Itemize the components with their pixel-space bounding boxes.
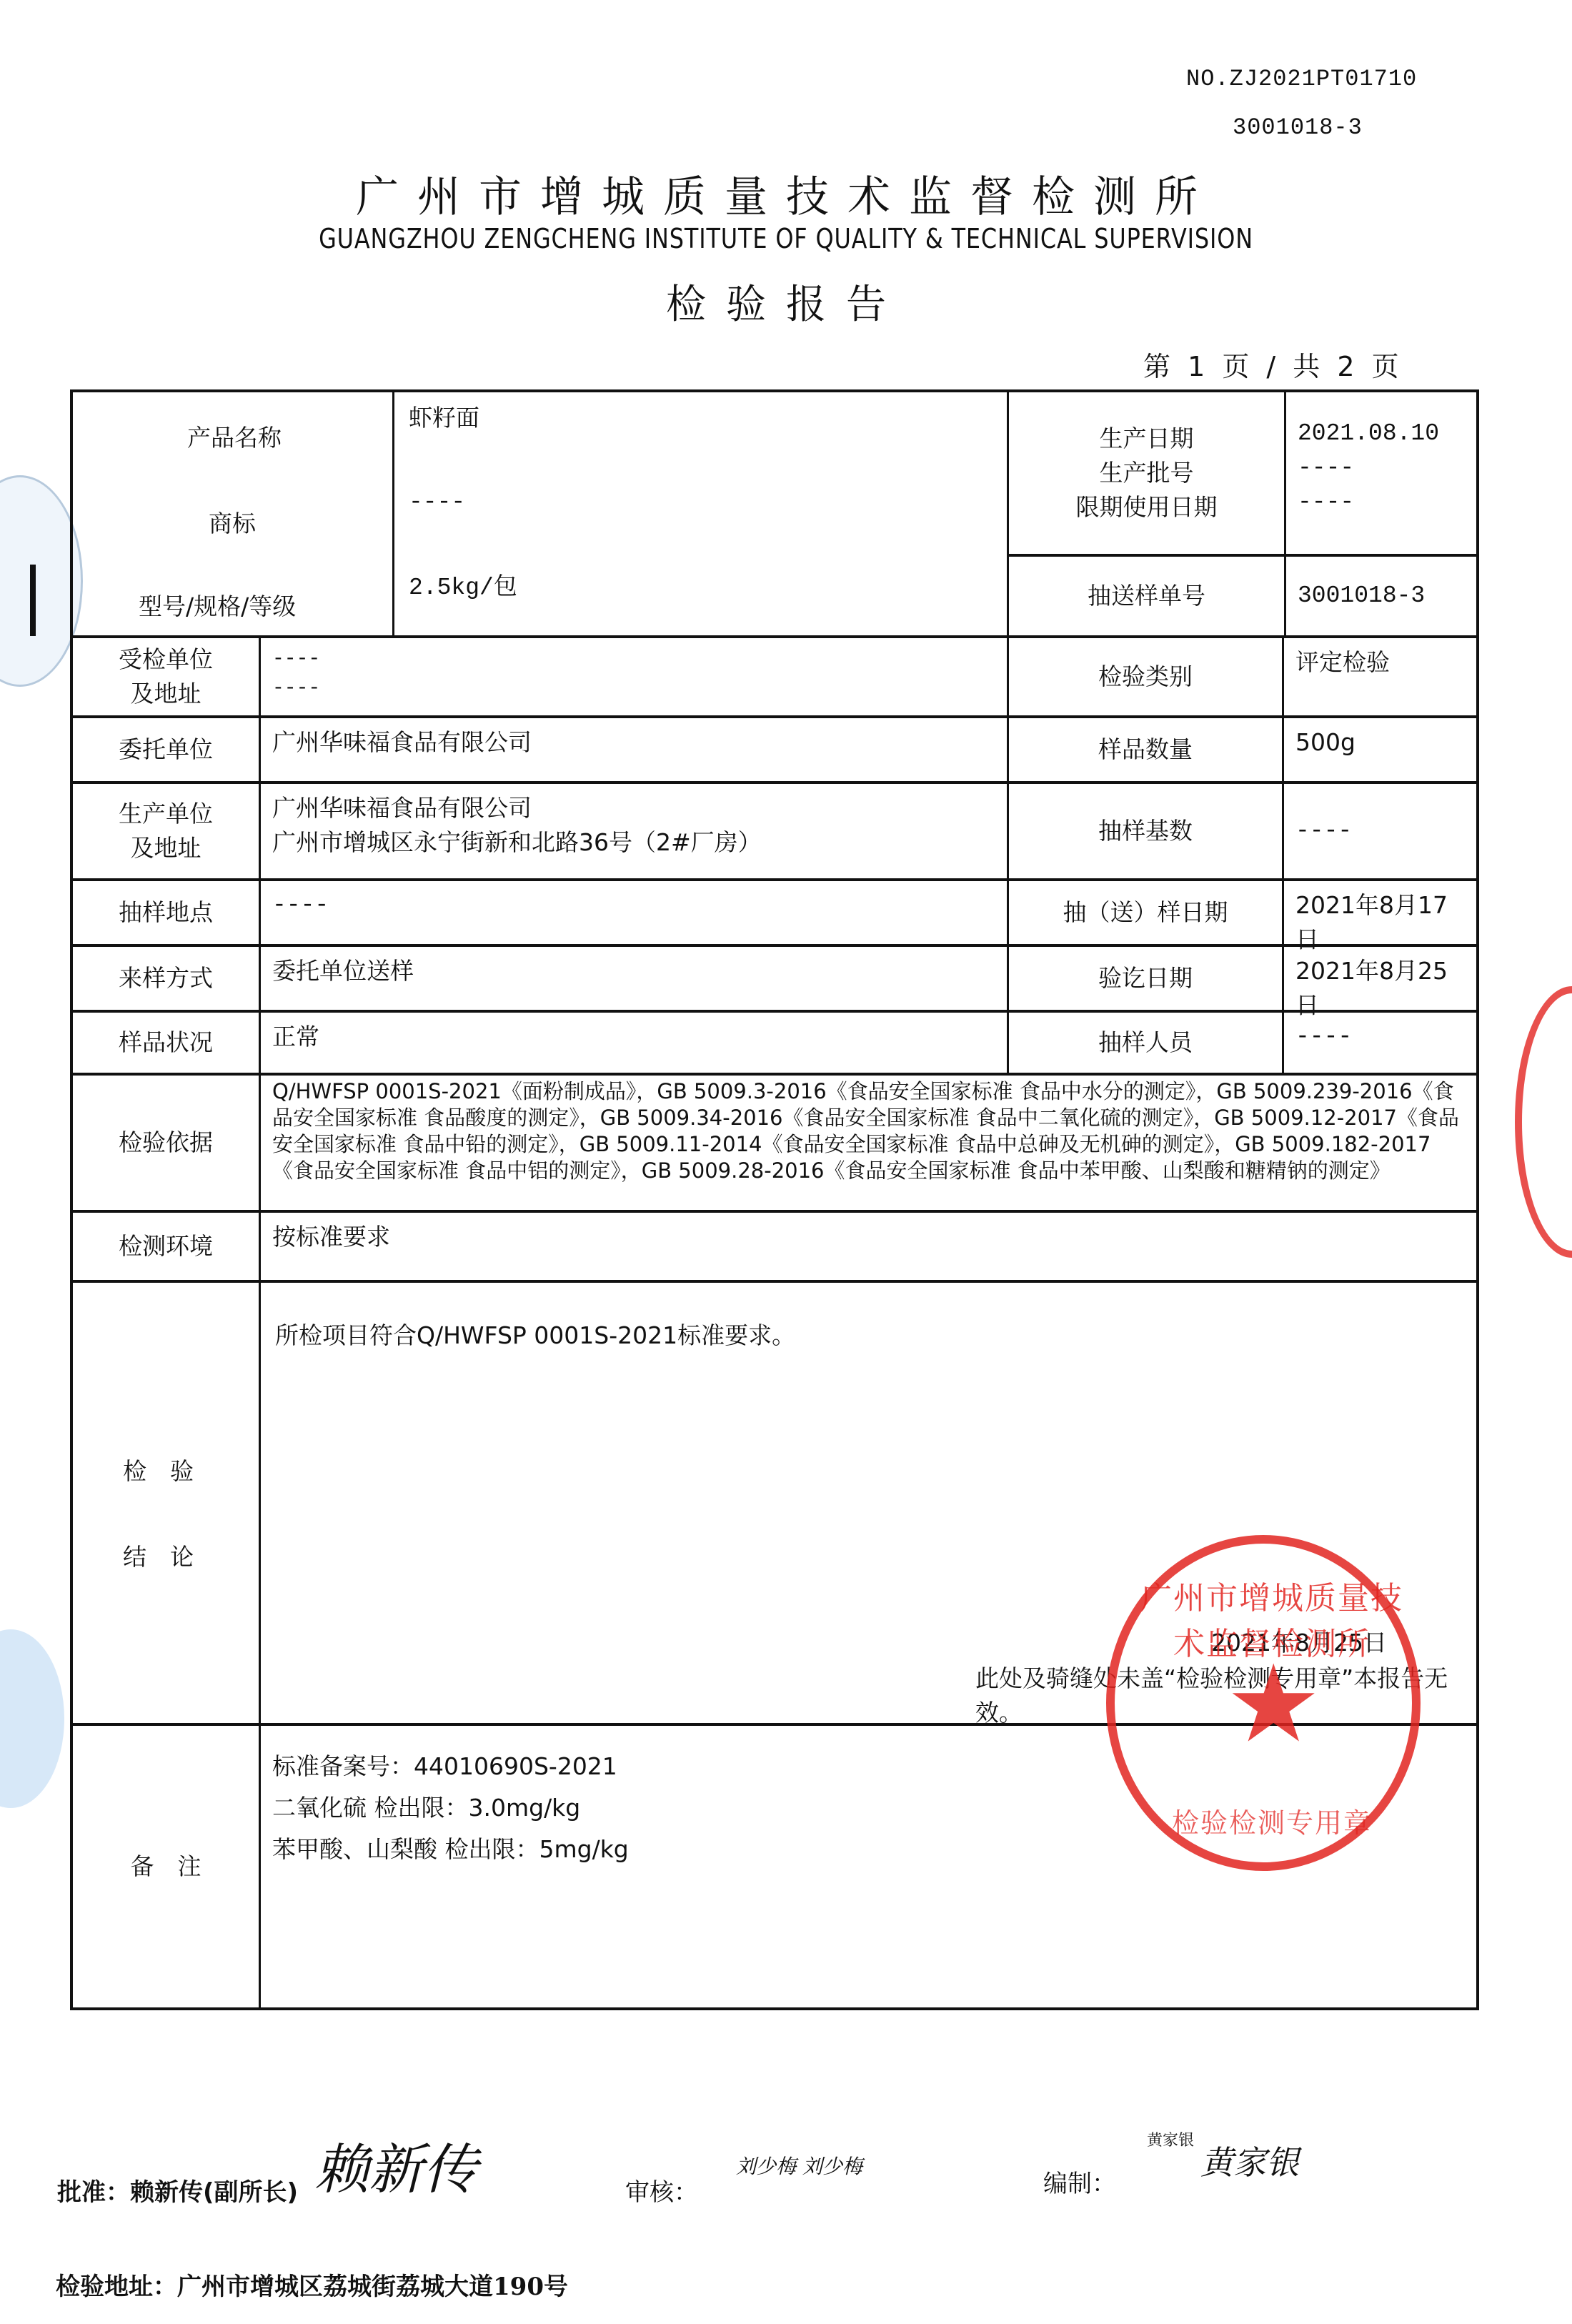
sample-number-header: 3001018-3 bbox=[1233, 114, 1363, 141]
compile-label: 编制： bbox=[1043, 2164, 1116, 2199]
basis-row: 检验依据 Q/HWFSP 0001S-2021《面粉制成品》，GB 5009.3… bbox=[73, 1073, 1476, 1210]
remarks-row: 备 注 标准备案号：44010690S-2021 二氧化硫 检出限：3.0mg/… bbox=[73, 1723, 1476, 2007]
inspection-address: 检验地址：广州市增城区荔城街荔城大道190号 bbox=[56, 2267, 568, 2302]
conclusion-value-cell: 所检项目符合Q/HWFSP 0001S-2021标准要求。 2021年8月25日… bbox=[259, 1283, 1476, 1723]
report-title: 检验报告 bbox=[0, 273, 1572, 330]
client-row: 委托单位 广州华味福食品有限公司 样品数量 500g bbox=[73, 715, 1476, 781]
product-values: 虾籽面 ---- 2.5kg/包 bbox=[392, 392, 1007, 635]
approve-label: 批准：赖新传(副所长) bbox=[57, 2172, 298, 2208]
sampling-date-value: 2021年8月17日 bbox=[1282, 881, 1476, 944]
environment-label: 检测环境 bbox=[73, 1213, 259, 1280]
remark-item: 苯甲酸、山梨酸 检出限：5mg/kg bbox=[272, 1829, 1465, 1870]
product-labels: 产品名称 商标 型号/规格/等级 bbox=[73, 392, 392, 635]
complete-date-label: 验讫日期 bbox=[1007, 947, 1282, 1010]
sample-method-row: 来样方式 委托单位送样 验讫日期 2021年8月25日 bbox=[73, 944, 1476, 1010]
conclusion-date: 2021年8月25日 bbox=[1211, 1626, 1387, 1660]
producer-label-line1: 生产单位 bbox=[119, 797, 213, 831]
edge-binding-mark bbox=[30, 565, 36, 636]
date-values-block: 2021.08.10 ---- ---- 3001018-3 bbox=[1284, 392, 1476, 635]
report-number: NO.ZJ2021PT01710 bbox=[1186, 66, 1417, 92]
edge-seal-mark-left-lower bbox=[0, 1629, 64, 1808]
institute-name-cn: 广州市增城质量技术监督检测所 bbox=[0, 163, 1572, 224]
sample-method-value: 委托单位送样 bbox=[259, 947, 1007, 1010]
prod-date-label: 生产日期 bbox=[1100, 422, 1194, 456]
review-label: 审核： bbox=[625, 2172, 698, 2208]
sampling-date-label: 抽（送）样日期 bbox=[1007, 881, 1282, 944]
remark-item: 标准备案号：44010690S-2021 bbox=[272, 1746, 1465, 1787]
client-label: 委托单位 bbox=[73, 718, 259, 781]
product-name-value: 虾籽面 bbox=[409, 401, 479, 435]
conclusion-label: 检 验 结 论 bbox=[73, 1283, 259, 1723]
trademark-label: 商标 bbox=[209, 507, 256, 541]
trademark-value: ---- bbox=[409, 485, 465, 520]
date-values: 2021.08.10 ---- ---- bbox=[1286, 392, 1476, 557]
environment-value: 按标准要求 bbox=[259, 1213, 1476, 1280]
producer-value: 广州华味福食品有限公司 广州市增城区永宁街新和北路36号（2#厂房） bbox=[259, 784, 1007, 878]
producer-row: 生产单位 及地址 广州华味福食品有限公司 广州市增城区永宁街新和北路36号（2#… bbox=[73, 781, 1476, 878]
sample-method-label: 来样方式 bbox=[73, 947, 259, 1010]
date-labels-block: 生产日期 生产批号 限期使用日期 抽送样单号 bbox=[1007, 392, 1284, 635]
inspection-type-value: 评定检验 bbox=[1282, 638, 1476, 715]
producer-name: 广州华味福食品有限公司 bbox=[272, 791, 995, 825]
producer-address: 广州市增城区永宁街新和北路36号（2#厂房） bbox=[272, 825, 995, 860]
expiry-label: 限期使用日期 bbox=[1076, 490, 1218, 525]
review-signature: 刘少梅 刘少梅 bbox=[736, 2151, 862, 2180]
inspected-unit-row: 受检单位 及地址 ---- ---- 检验类别 评定检验 bbox=[73, 635, 1476, 715]
sampling-place-label: 抽样地点 bbox=[73, 881, 259, 944]
approve-signature: 赖新传 bbox=[314, 2126, 477, 2204]
sample-status-label: 样品状况 bbox=[73, 1013, 259, 1073]
remarks-label: 备 注 bbox=[73, 1726, 259, 2007]
prod-date-value: 2021.08.10 bbox=[1298, 417, 1465, 451]
inspected-unit-label-line1: 受检单位 bbox=[119, 642, 213, 677]
sampling-place-value: ---- bbox=[259, 881, 1007, 944]
batch-value: ---- bbox=[1298, 451, 1465, 485]
basis-label: 检验依据 bbox=[73, 1076, 259, 1210]
sample-order-label: 抽送样单号 bbox=[1009, 557, 1284, 635]
sample-status-row: 样品状况 正常 抽样人员 ---- bbox=[73, 1010, 1476, 1073]
product-info-row: 产品名称 商标 型号/规格/等级 虾籽面 ---- 2.5kg/包 生产日期 生… bbox=[73, 392, 1476, 635]
remark-item: 二氧化硫 检出限：3.0mg/kg bbox=[272, 1787, 1465, 1829]
inspected-unit-value: ---- ---- bbox=[259, 638, 1007, 715]
environment-row: 检测环境 按标准要求 bbox=[73, 1210, 1476, 1280]
spec-value: 2.5kg/包 bbox=[409, 571, 517, 605]
edge-seal-stamp-right bbox=[1515, 986, 1572, 1258]
institute-name-en: GUANGZHOU ZENGCHENG INSTITUTE OF QUALITY… bbox=[126, 223, 1446, 254]
conclusion-label-line2: 结 论 bbox=[123, 1540, 194, 1574]
inspected-unit-value-line2: ---- bbox=[272, 675, 995, 704]
remarks-value: 标准备案号：44010690S-2021 二氧化硫 检出限：3.0mg/kg 苯… bbox=[259, 1726, 1476, 2007]
date-labels: 生产日期 生产批号 限期使用日期 bbox=[1009, 392, 1284, 557]
sample-qty-label: 样品数量 bbox=[1007, 718, 1282, 781]
compile-name-small: 黄家银 bbox=[1147, 2128, 1194, 2150]
compile-signature: 黄家银 bbox=[1200, 2137, 1299, 2184]
page-indicator: 第 1 页 / 共 2 页 bbox=[1143, 344, 1403, 384]
producer-label-line2: 及地址 bbox=[131, 831, 202, 865]
expiry-value: ---- bbox=[1298, 485, 1465, 520]
conclusion-label-line1: 检 验 bbox=[123, 1454, 194, 1489]
inspected-unit-value-line1: ---- bbox=[272, 645, 995, 675]
sampling-base-label: 抽样基数 bbox=[1007, 784, 1282, 878]
sample-status-value: 正常 bbox=[259, 1013, 1007, 1073]
producer-label: 生产单位 及地址 bbox=[73, 784, 259, 878]
sample-order-value: 3001018-3 bbox=[1286, 557, 1476, 635]
product-name-label: 产品名称 bbox=[187, 421, 282, 455]
inspection-type-label: 检验类别 bbox=[1007, 638, 1282, 715]
basis-value: Q/HWFSP 0001S-2021《面粉制成品》，GB 5009.3-2016… bbox=[259, 1076, 1476, 1210]
inspected-unit-label: 受检单位 及地址 bbox=[73, 638, 259, 715]
conclusion-row: 检 验 结 论 所检项目符合Q/HWFSP 0001S-2021标准要求。 20… bbox=[73, 1280, 1476, 1723]
conclusion-validity-note: 此处及骑缝处未盖“检验检测专用章”本报告无效。 bbox=[975, 1662, 1476, 1730]
sampler-value: ---- bbox=[1282, 1013, 1476, 1073]
sample-qty-value: 500g bbox=[1282, 718, 1476, 781]
inspected-unit-label-line2: 及地址 bbox=[131, 677, 202, 711]
sampler-label: 抽样人员 bbox=[1007, 1013, 1282, 1073]
sampling-place-row: 抽样地点 ---- 抽（送）样日期 2021年8月17日 bbox=[73, 878, 1476, 944]
report-table: 产品名称 商标 型号/规格/等级 虾籽面 ---- 2.5kg/包 生产日期 生… bbox=[70, 389, 1479, 2010]
spec-label: 型号/规格/等级 bbox=[139, 590, 296, 624]
client-value: 广州华味福食品有限公司 bbox=[259, 718, 1007, 781]
batch-label: 生产批号 bbox=[1100, 456, 1194, 490]
sampling-base-value: ---- bbox=[1282, 784, 1476, 878]
conclusion-text: 所检项目符合Q/HWFSP 0001S-2021标准要求。 bbox=[275, 1319, 795, 1353]
complete-date-value: 2021年8月25日 bbox=[1282, 947, 1476, 1010]
